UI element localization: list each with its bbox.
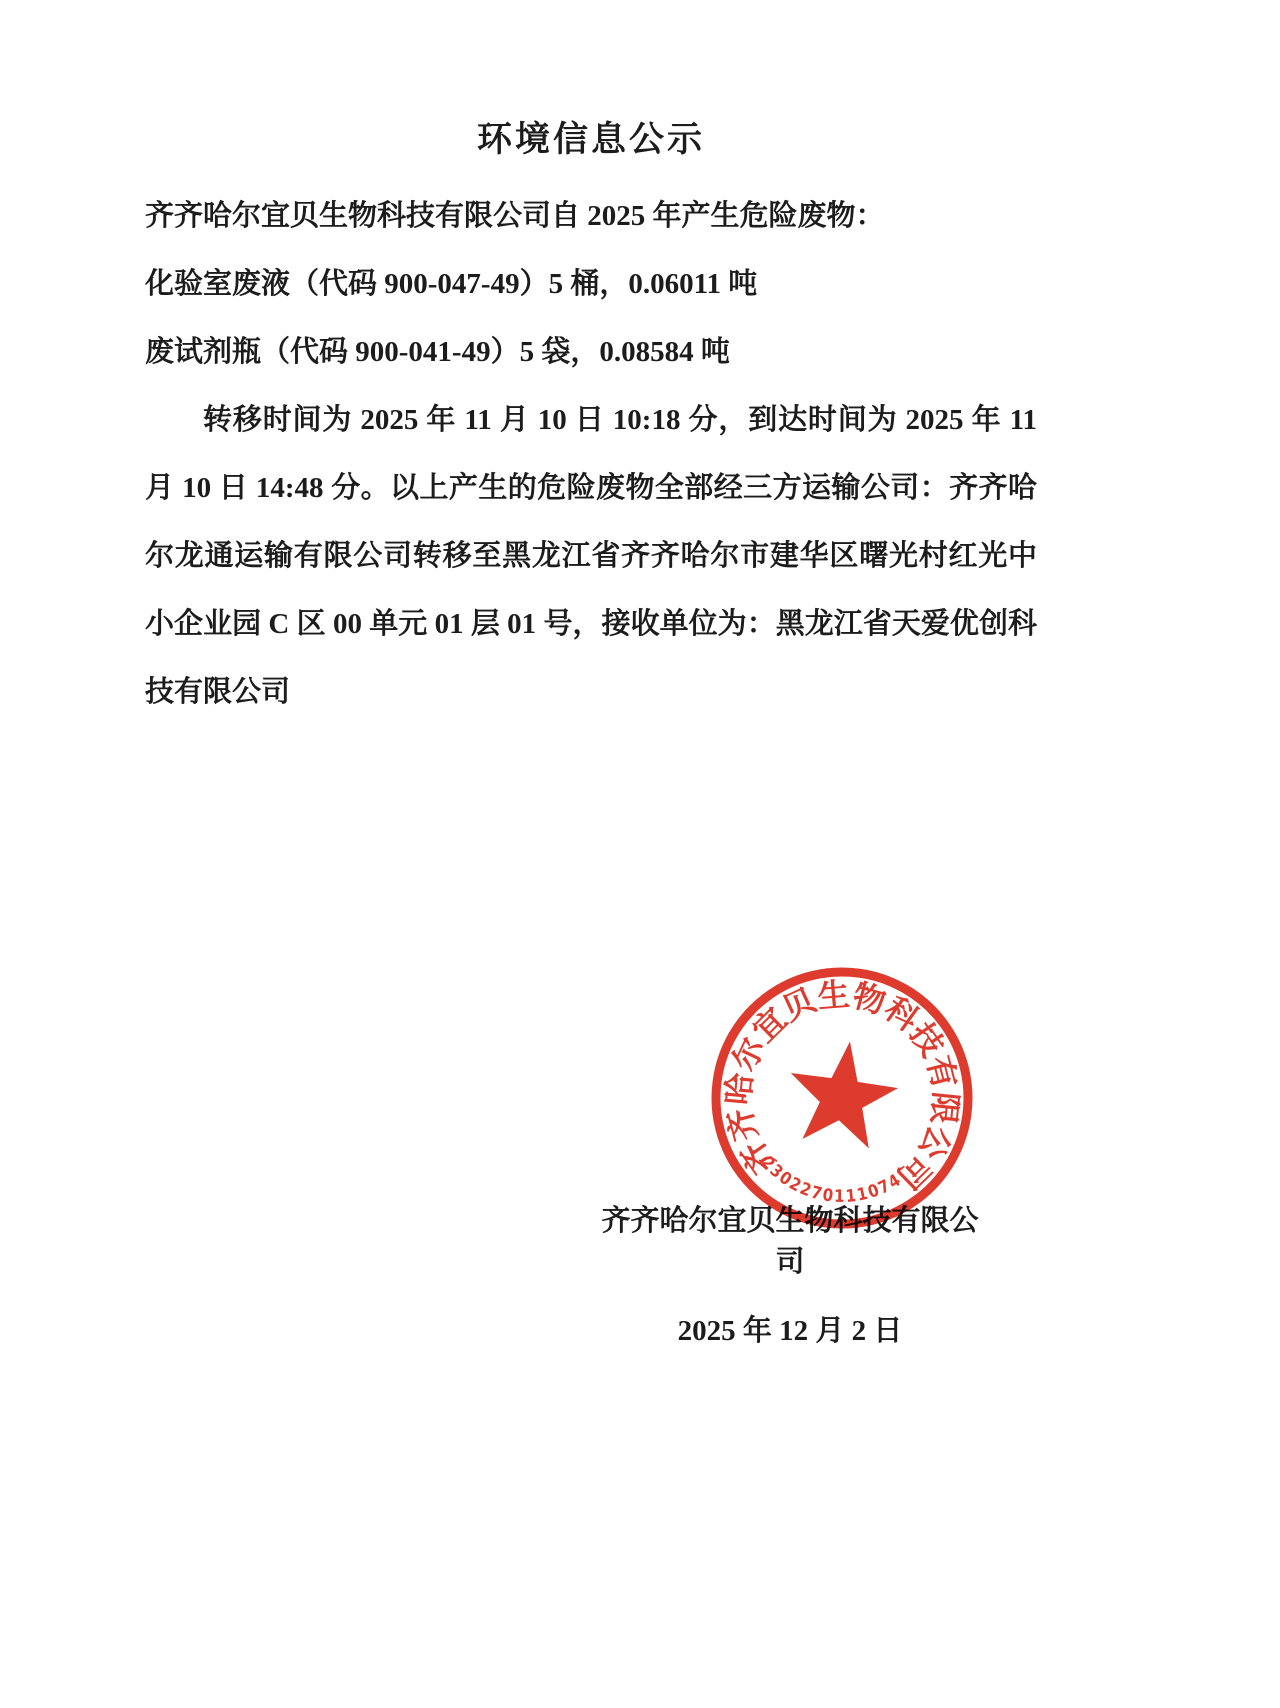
signature-block: 齐齐哈尔宜贝生物科技有限公司 2025 年 12 月 2 日 [590,1198,990,1349]
paragraph-company-intro: 齐齐哈尔宜贝生物科技有限公司自 2025 年产生危险废物： [145,182,1037,250]
document-title: 环境信息公示 [145,112,1037,162]
signature-company-name: 齐齐哈尔宜贝生物科技有限公司 [590,1198,990,1280]
paragraph-transfer-details: 转移时间为 2025 年 11 月 10 日 10:18 分，到达时间为 202… [145,386,1037,726]
seal-company-text: 齐齐哈尔宜贝生物科技有限公司 [708,960,979,1208]
seal-star-icon [782,1034,904,1151]
document-body: 齐齐哈尔宜贝生物科技有限公司自 2025 年产生危险废物： 化验室废液（代码 9… [145,182,1037,726]
paragraph-waste-liquid: 化验室废液（代码 900-047-49）5 桶，0.06011 吨 [145,250,1037,318]
signature-date: 2025 年 12 月 2 日 [590,1308,990,1349]
document-page: 环境信息公示 齐齐哈尔宜贝生物科技有限公司自 2025 年产生危险废物： 化验室… [0,0,1280,1708]
paragraph-waste-bottles: 废试剂瓶（代码 900-041-49）5 袋，0.08584 吨 [145,318,1037,386]
svg-text:齐齐哈尔宜贝生物科技有限公司: 齐齐哈尔宜贝生物科技有限公司 [708,960,979,1208]
